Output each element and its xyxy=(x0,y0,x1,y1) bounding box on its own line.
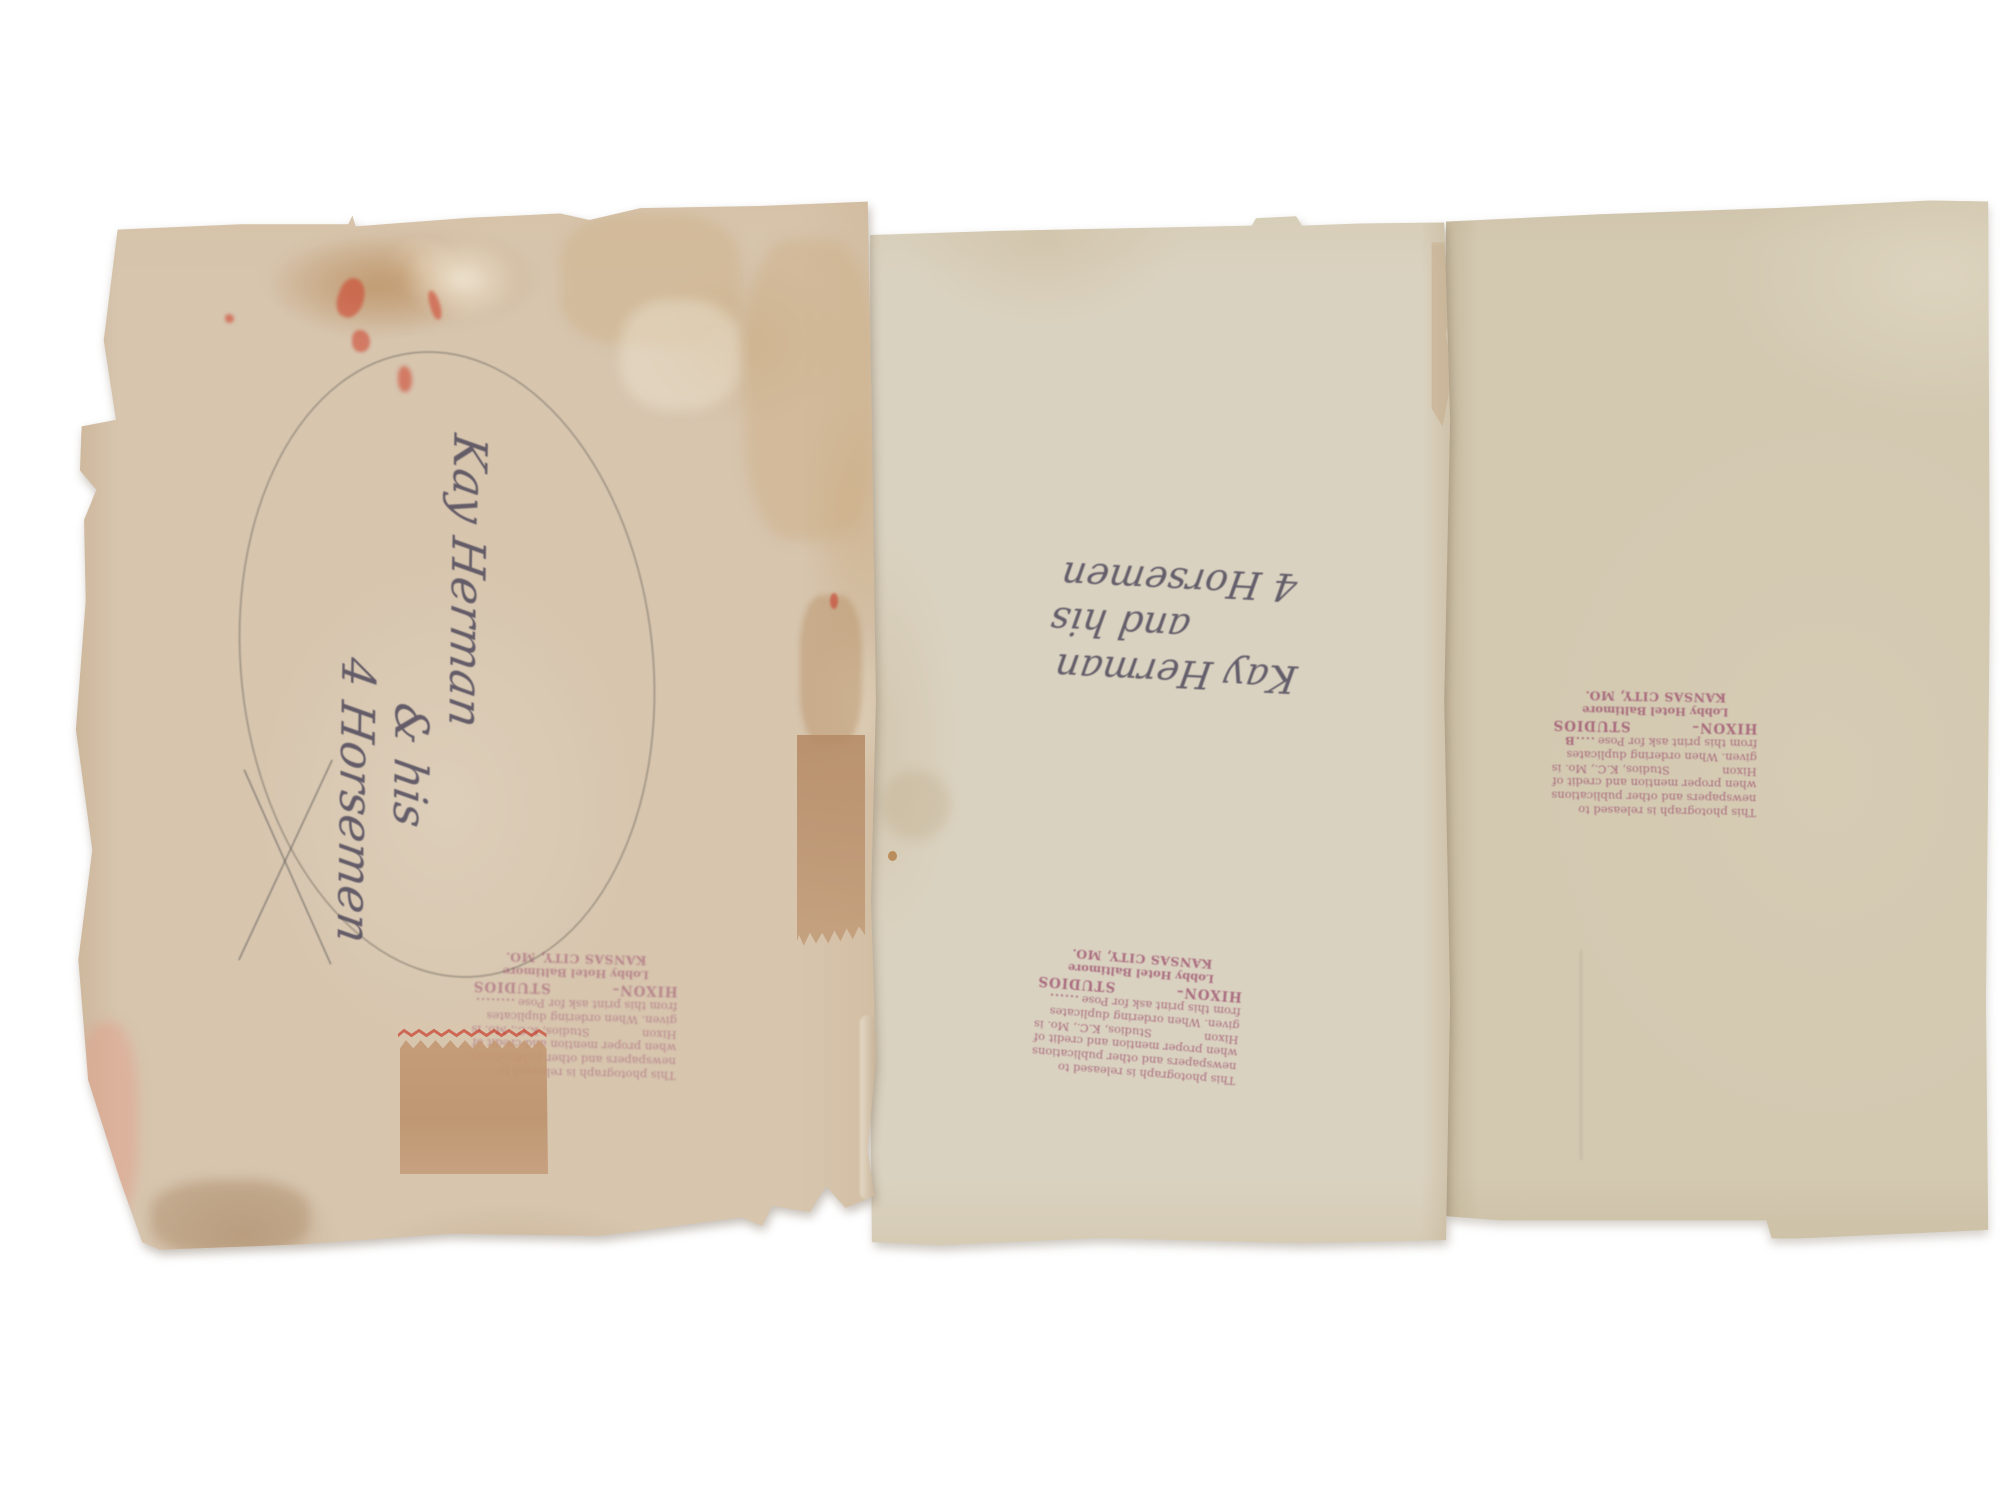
photo-back-left: Kay Herman & his 4 Horsemen This photogr… xyxy=(62,192,880,1267)
stain xyxy=(800,595,862,745)
hixon-stamp-left: This photograph is released to newspaper… xyxy=(470,949,678,1082)
stain xyxy=(402,237,522,322)
inscription-line: Kay Herman xyxy=(434,413,498,981)
inscription-line: & his xyxy=(380,404,444,972)
stamp-word: HIXON– xyxy=(611,981,678,1000)
stain xyxy=(620,300,740,410)
inscription-line: 4 Horsemen xyxy=(326,396,390,964)
tape-remnant-right xyxy=(797,735,865,950)
pink-stain xyxy=(76,1022,138,1222)
curled-edge xyxy=(860,1015,876,1200)
stamp-pose-value: ........ xyxy=(475,994,515,1009)
photo-back-left-wrap: Kay Herman & his 4 Horsemen This photogr… xyxy=(0,0,2000,1500)
stain xyxy=(262,228,545,332)
inscription-left: Kay Herman & his 4 Horsemen xyxy=(318,395,497,982)
stain xyxy=(150,1180,310,1255)
red-stain xyxy=(225,314,234,323)
red-stain xyxy=(426,289,443,321)
stain xyxy=(560,215,740,345)
red-stain xyxy=(830,593,838,609)
stamp-word: STUDIOS xyxy=(473,977,552,996)
red-stain xyxy=(332,275,370,321)
red-stain xyxy=(352,330,370,352)
stamp-word: Hixon xyxy=(642,1026,677,1041)
photo-of-three-photo-backs: This photograph is released to newspaper… xyxy=(0,0,2000,1500)
stain xyxy=(745,240,875,540)
